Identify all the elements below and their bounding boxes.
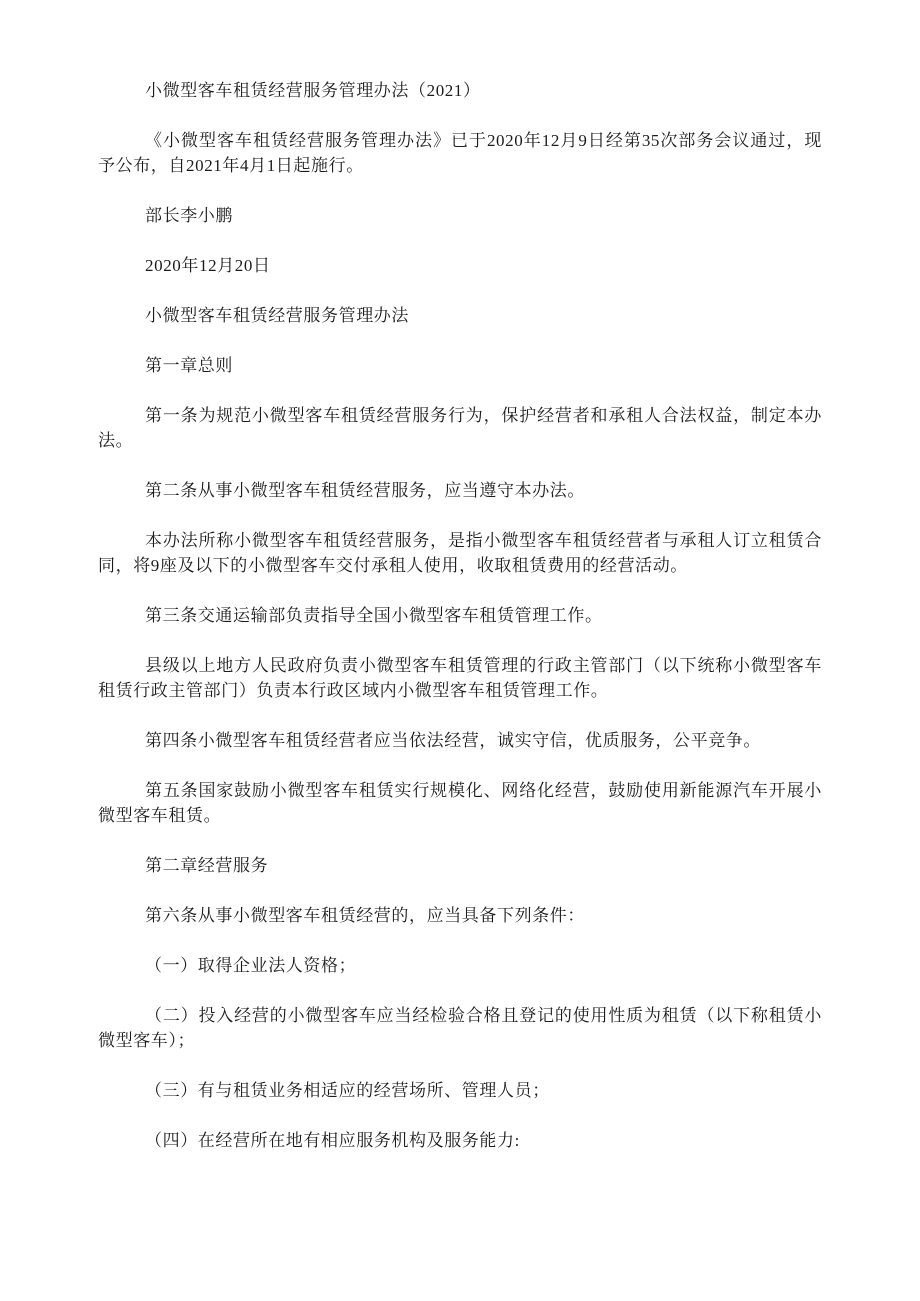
article-6-item-2: （二）投入经营的小微型客车应当经检验合格且登记的使用性质为租赁（以下称租赁小微型…	[98, 1003, 822, 1053]
article-6-item-3: （三）有与租赁业务相适应的经营场所、管理人员；	[98, 1078, 822, 1103]
promulgation-date: 2020年12月20日	[98, 253, 822, 278]
promulgation-notice: 《小微型客车租赁经营服务管理办法》已于2020年12月9日经第35次部务会议通过…	[98, 128, 822, 178]
minister-signature: 部长李小鹏	[98, 203, 822, 228]
article-6-item-1: （一）取得企业法人资格；	[98, 953, 822, 978]
chapter-2-heading: 第二章经营服务	[98, 853, 822, 878]
article-3: 第三条交通运输部负责指导全国小微型客车租赁管理工作。	[98, 603, 822, 628]
article-1: 第一条为规范小微型客车租赁经营服务行为，保护经营者和承租人合法权益，制定本办法。	[98, 403, 822, 453]
article-2-definition: 本办法所称小微型客车租赁经营服务，是指小微型客车租赁经营者与承租人订立租赁合同，…	[98, 528, 822, 578]
article-6: 第六条从事小微型客车租赁经营的，应当具备下列条件：	[98, 903, 822, 928]
article-4: 第四条小微型客车租赁经营者应当依法经营，诚实守信，优质服务，公平竞争。	[98, 728, 822, 753]
article-3-local-gov: 县级以上地方人民政府负责小微型客车租赁管理的行政主管部门（以下统称小微型客车租赁…	[98, 653, 822, 703]
document-page: 小微型客车租赁经营服务管理办法（2021） 《小微型客车租赁经营服务管理办法》已…	[0, 0, 920, 1301]
article-6-item-4: （四）在经营所在地有相应服务机构及服务能力:	[98, 1128, 822, 1153]
regulation-subtitle: 小微型客车租赁经营服务管理办法	[98, 303, 822, 328]
article-5: 第五条国家鼓励小微型客车租赁实行规模化、网络化经营，鼓励使用新能源汽车开展小微型…	[98, 778, 822, 828]
doc-title: 小微型客车租赁经营服务管理办法（2021）	[98, 78, 822, 103]
chapter-1-heading: 第一章总则	[98, 353, 822, 378]
article-2: 第二条从事小微型客车租赁经营服务，应当遵守本办法。	[98, 478, 822, 503]
